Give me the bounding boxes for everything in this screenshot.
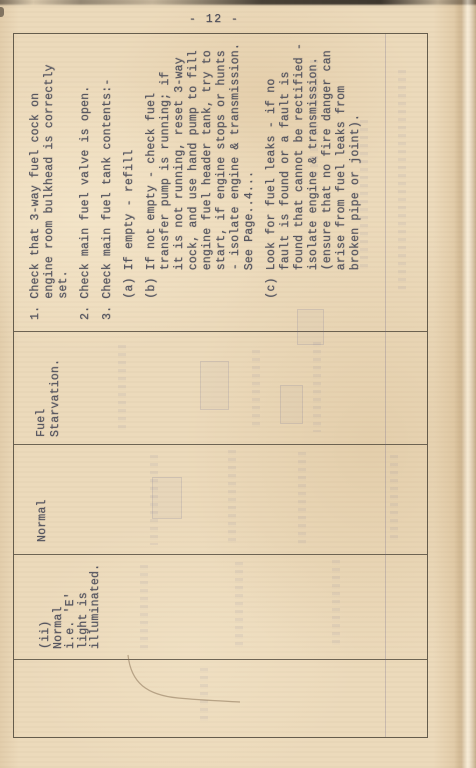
bleed-through-smudge bbox=[332, 560, 340, 645]
table-column-empty bbox=[14, 660, 427, 737]
bleed-through-smudge bbox=[150, 455, 158, 545]
bleed-through-smudge bbox=[313, 342, 321, 432]
bleed-through-smudge bbox=[310, 60, 318, 180]
text-line: engine room bulkhead is correctly bbox=[43, 38, 57, 320]
text-line: (b) If not empty - check fuel bbox=[145, 38, 159, 320]
text-line: found that cannot be rectified - bbox=[293, 38, 307, 320]
table-column-symptom: (ii)Normali.e. 'E'light isilluminated. bbox=[14, 555, 427, 660]
text-line: set. bbox=[57, 38, 71, 320]
text-line: start, if engine stops or hunts bbox=[215, 38, 229, 320]
bleed-through-smudge bbox=[298, 452, 306, 544]
text-paragraph: 1. Check that 3-way fuel cock on engine … bbox=[29, 38, 71, 320]
bleed-through-smudge bbox=[200, 668, 208, 723]
bleed-through-smudge bbox=[235, 562, 243, 650]
text-line: 3. Check main fuel tank contents:- bbox=[101, 38, 115, 320]
bleed-through-smudge bbox=[390, 455, 398, 543]
text-line: (c) Look for fuel leaks - if no bbox=[265, 38, 279, 320]
text-paragraph: 3. Check main fuel tank contents:- bbox=[101, 38, 115, 320]
text-paragraph: (b) If not empty - check fuel transfer p… bbox=[145, 38, 257, 320]
text-line: - isolate engine & transmission. bbox=[229, 38, 243, 320]
bleed-through-smudge bbox=[140, 565, 148, 650]
bleed-through-box bbox=[280, 385, 303, 424]
text-line: engine fuel header tank, try to bbox=[201, 38, 215, 320]
text-line: 2. Check main fuel valve is open. bbox=[79, 38, 93, 320]
text-line: transfer pump is running; if bbox=[159, 38, 173, 320]
page-edge-shadow bbox=[454, 0, 476, 768]
scanned-page: - 12 - 1. Check that 3-way fuel cock on … bbox=[0, 0, 476, 768]
scan-edge-shadow bbox=[0, 0, 476, 6]
engine-state-text: Normal bbox=[16, 445, 426, 554]
text-line: Normal bbox=[36, 445, 50, 542]
text-line: (a) If empty - refill bbox=[123, 38, 137, 320]
text-line: (ii) bbox=[40, 555, 53, 649]
bleed-through-box bbox=[297, 309, 324, 345]
bleed-through-box bbox=[200, 361, 229, 410]
text-line: it is not running, reset 3-way bbox=[173, 38, 187, 320]
text-line: See Page..4... bbox=[243, 38, 257, 320]
text-line: 1. Check that 3-way fuel cock on bbox=[29, 38, 43, 320]
text-line: Starvation. bbox=[49, 332, 63, 437]
text-line: Fuel bbox=[35, 332, 49, 437]
table-column-engine-state: Normal bbox=[14, 445, 427, 555]
text-line: illuminated. bbox=[90, 555, 103, 649]
text-line: cock, and use hand pump to fill bbox=[187, 38, 201, 320]
bleed-through-smudge bbox=[118, 345, 126, 430]
bleed-through-smudge bbox=[252, 350, 260, 430]
text-paragraph: (a) If empty - refill bbox=[123, 38, 137, 320]
text-line: i.e. 'E' bbox=[65, 555, 78, 649]
scan-edge-mark bbox=[0, 7, 4, 17]
faint-table-rule bbox=[385, 34, 386, 737]
text-paragraph: 2. Check main fuel valve is open. bbox=[79, 38, 93, 320]
bleed-through-smudge bbox=[398, 70, 406, 290]
text-line: fault is found or a fault is bbox=[279, 38, 293, 320]
page-number: - 12 - bbox=[189, 13, 259, 26]
text-line: arise from fuel leaks from bbox=[335, 38, 349, 320]
bleed-through-smudge bbox=[228, 450, 236, 545]
bleed-through-smudge bbox=[360, 120, 368, 270]
symptom-text: (ii)Normali.e. 'E'light isilluminated. bbox=[16, 555, 426, 658]
text-line: (ensure that no fire danger can bbox=[321, 38, 335, 320]
